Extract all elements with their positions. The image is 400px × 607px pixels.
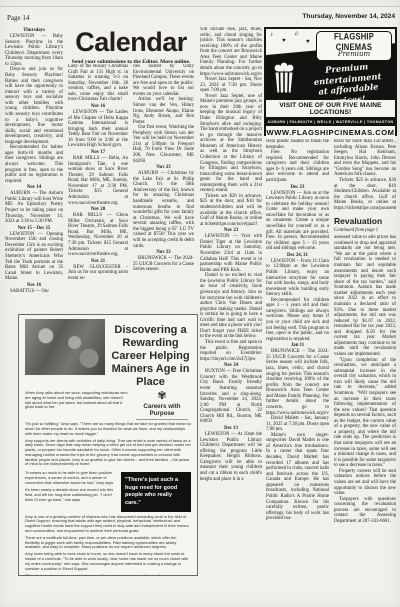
event-date-heading: Nov 23 [133, 165, 194, 171]
event-paragraph: David Mallett - Sat, January 11, 2025 at… [266, 416, 329, 433]
careers-ad-headline: Discovering a Rewarding Career Helping M… [110, 319, 191, 389]
event-date-heading: Dec 13 [200, 426, 262, 432]
event-paragraph: LEWISTON – From 11:15am to 12:00pm at th… [266, 259, 329, 298]
careers-paragraph: Amy is one of a growing number of Mainer… [25, 515, 191, 534]
event-paragraph: Our first event, Watching the Periphery … [133, 125, 194, 164]
event-paragraph: Lady of the Rosary Christmas Craft Fair … [68, 64, 128, 103]
event-paragraph: ries hosted by Unity Environmental Unive… [133, 64, 194, 97]
careers-paragraph: "It's just so fulfilling," Amy says. "Th… [25, 422, 191, 436]
calendar-column-3: ries hosted by Unity Environmental Unive… [133, 64, 194, 312]
flagship-cinemas-ad: ♪ ♥ ♫ ♥ ♪ FLAGSHIP CINEMAS Premium Prem [264, 27, 397, 136]
event-date-heading: Thursdays [5, 28, 63, 34]
careers-paragraph: Amy supports her clients with activities… [25, 439, 191, 468]
event-paragraph: Tickets are $20 in advance, $25 at the d… [200, 194, 262, 227]
event-paragraph: Drop-in and join us for Baby Sensory Pla… [5, 67, 63, 145]
flower-icon: ✾ [133, 391, 191, 402]
event-paragraph: AUBURN — Christmas by the Lake Fair at S… [133, 171, 194, 249]
flagship-logo-name: FLAGSHIP CINEMAS [319, 32, 389, 53]
event-date-heading: Dec 23 [266, 185, 329, 191]
event-date-heading: Nov 17 [68, 150, 128, 156]
event-paragraph: Artists we'll be hosting: Simon van der … [133, 97, 194, 125]
event-paragraph: LEWISTON — Visit with Daniel Tiger at th… [200, 234, 262, 273]
event-paragraph: Novel Jazz Septet, one of Maine's premie… [200, 94, 262, 194]
calendar-column-4: will include folk, jazz, blues, celtic, … [200, 27, 262, 584]
event-date-heading: Dec 24, 31 [266, 253, 329, 259]
careers-pull-quote: "There's just such a huge need for good … [121, 472, 191, 512]
event-date-heading: Nov 23 [133, 250, 194, 256]
calendar-title: Calendar [64, 29, 198, 56]
article-paragraph: Property owners will be sent valuation n… [334, 469, 396, 497]
careers-ad-header-row: Discovering a Rewarding Career Helping M… [25, 319, 191, 389]
event-paragraph: Tickets: $25 in advance, $30 at the door… [334, 178, 396, 211]
heart-icon: ♥ [306, 39, 310, 45]
event-date-heading: Nov 24 [200, 363, 262, 369]
event-paragraph: clear plastic bauble to finish the keeps… [266, 139, 329, 150]
calendar-column-6: terial for more than 150 artists , inclu… [334, 139, 396, 603]
event-paragraph: BRUNSWICK – The 2024-25 UUCB Concerts fo… [266, 349, 329, 416]
careers-ad-intro-row: When Amy talks about her work, supportin… [25, 389, 191, 420]
event-paragraph: BRUNSWICK — The 2024-25 UUCB Concerts fo… [133, 256, 194, 273]
music-note-icon: ♫ [294, 31, 299, 37]
event-date-heading: Nov 14 [5, 185, 63, 191]
heart-icon: ♥ [282, 38, 286, 44]
article-paragraph: Taxpayers with questions concerning the … [334, 497, 396, 525]
careers-logo-rule [136, 419, 188, 420]
careers-quote-row: "It means so much to be able to give the… [25, 469, 191, 512]
event-paragraph: Daniel is so excited to visit the Lewist… [200, 273, 262, 340]
calendar-column-1: Thursdays LEWISTON — Baby Sensory Playti… [5, 27, 63, 312]
event-paragraph: LEWISTON — The Ladies of Mu Chapter of D… [68, 110, 128, 149]
article-paragraph: assessed value to sale prices has contin… [334, 235, 396, 357]
event-paragraph: AUBURN — The Auburn Public Library will … [5, 191, 63, 224]
event-paragraph: Free. No registration required. Recommen… [266, 150, 329, 183]
flagship-locations: AUBURN | FALMOUTH | WELLS | WATERVILLE |… [266, 118, 395, 125]
careers-paragraph: It's been nearly a decade since she move… [25, 488, 116, 502]
event-paragraph: LEWISTON — At 10am the Lewiston Public L… [200, 432, 262, 482]
flagship-logo: FLAGSHIP CINEMAS Premium [316, 31, 392, 61]
careers-ad-photo [25, 319, 105, 375]
page-date: Thursday, November 14, 2024 [302, 13, 395, 20]
event-paragraph: BAR MILLS — Glenn Miller Orchestra, at S… [68, 213, 128, 258]
revaluation-article-heading: Revaluation [334, 217, 396, 227]
event-date-heading: Nov 21 [68, 259, 128, 265]
event-paragraph: BUXTON — Free Christmas Concert with the… [200, 369, 262, 425]
newspaper-page: Page 14 Thursday, November 14, 2024 Cale… [0, 0, 400, 607]
continued-from-note: Continued from page 1 [334, 228, 396, 234]
article-paragraph: "Upon completion of the revaluation, we … [334, 358, 396, 469]
popcorn-icon [269, 61, 299, 95]
event-date-heading: Nov 16 [68, 104, 128, 110]
event-paragraph: Maine's own singer-songwriter David Mall… [266, 433, 329, 522]
flagship-website: WWW.FLAGSHIPCINEMAS.COM [266, 125, 395, 139]
event-paragraph: LEWISTON — Join us at the Lewiston Publi… [266, 191, 329, 252]
music-note-icon: ♪ [270, 32, 273, 38]
event-paragraph: LEWISTON — Opening November 15th and clo… [5, 232, 63, 282]
flagship-visit-line: VISIT ONE OF OUR FIVE MAINE LOCATIONS! [266, 100, 395, 118]
event-date-heading: Jan 11 [266, 343, 329, 349]
event-paragraph: terial for more than 150 artists , inclu… [334, 139, 396, 178]
event-date-heading: Nov 15 – Dec 15 [5, 226, 63, 232]
event-paragraph: NEW GLOUCESTER - Join us for our upcomin… [68, 265, 128, 282]
event-paragraph: Novel Jazz Septet - Sat, Nov 23, 2024 at… [200, 77, 262, 94]
event-date-heading: Nov 16 [5, 283, 63, 289]
event-paragraph: Recommended for babies ages birth-18 mon… [5, 145, 63, 184]
event-date-heading: Nov 20 [68, 207, 128, 213]
flagship-ad-top: ♪ ♥ ♫ ♥ ♪ FLAGSHIP CINEMAS Premium Prem [266, 29, 395, 100]
page-number: Page 14 [7, 14, 29, 22]
careers-paragraph: When Amy talks about her work, supportin… [25, 391, 128, 418]
event-paragraph: Recommended for children ages 3 – 5 year… [266, 298, 329, 343]
careers-quote-left: "It means so much to be able to give the… [25, 469, 116, 512]
event-paragraph: LEWISTON — Baby Sensory Playtime in the … [5, 34, 63, 67]
flagship-tagline: Premium entertainment at affordable pric… [300, 59, 395, 100]
calendar-masthead: Calendar Send your submissions to the Ed… [64, 29, 198, 65]
careers-paragraph: There are a multitude full-time, part-ti… [25, 536, 191, 550]
event-paragraph: SABATTUS — Our [5, 289, 63, 295]
careers-paragraph: Amy loves being able to work close to ho… [25, 552, 191, 571]
careers-logo-name: Careers with Purpose [133, 403, 191, 417]
careers-paragraph: "There's just a huge, huge need," she sa… [25, 574, 191, 576]
event-paragraph: This event is free and open to the publi… [200, 340, 262, 362]
event-paragraph: BAR MILLS — Bella, An Immigrant's Tale, … [68, 156, 128, 206]
careers-with-purpose-ad: Discovering a Rewarding Career Helping M… [18, 314, 198, 576]
careers-logo: ✾ Careers with Purpose [133, 389, 191, 420]
careers-paragraph: "It means so much to be able to give the… [25, 471, 116, 485]
calendar-column-2: Lady of the Rosary Christmas Craft Fair … [68, 64, 128, 312]
calendar-column-5: clear plastic bauble to finish the keeps… [266, 139, 329, 603]
event-date-heading: Nov 23 [200, 228, 262, 234]
event-paragraph: will include folk, jazz, blues, celtic, … [200, 27, 262, 77]
